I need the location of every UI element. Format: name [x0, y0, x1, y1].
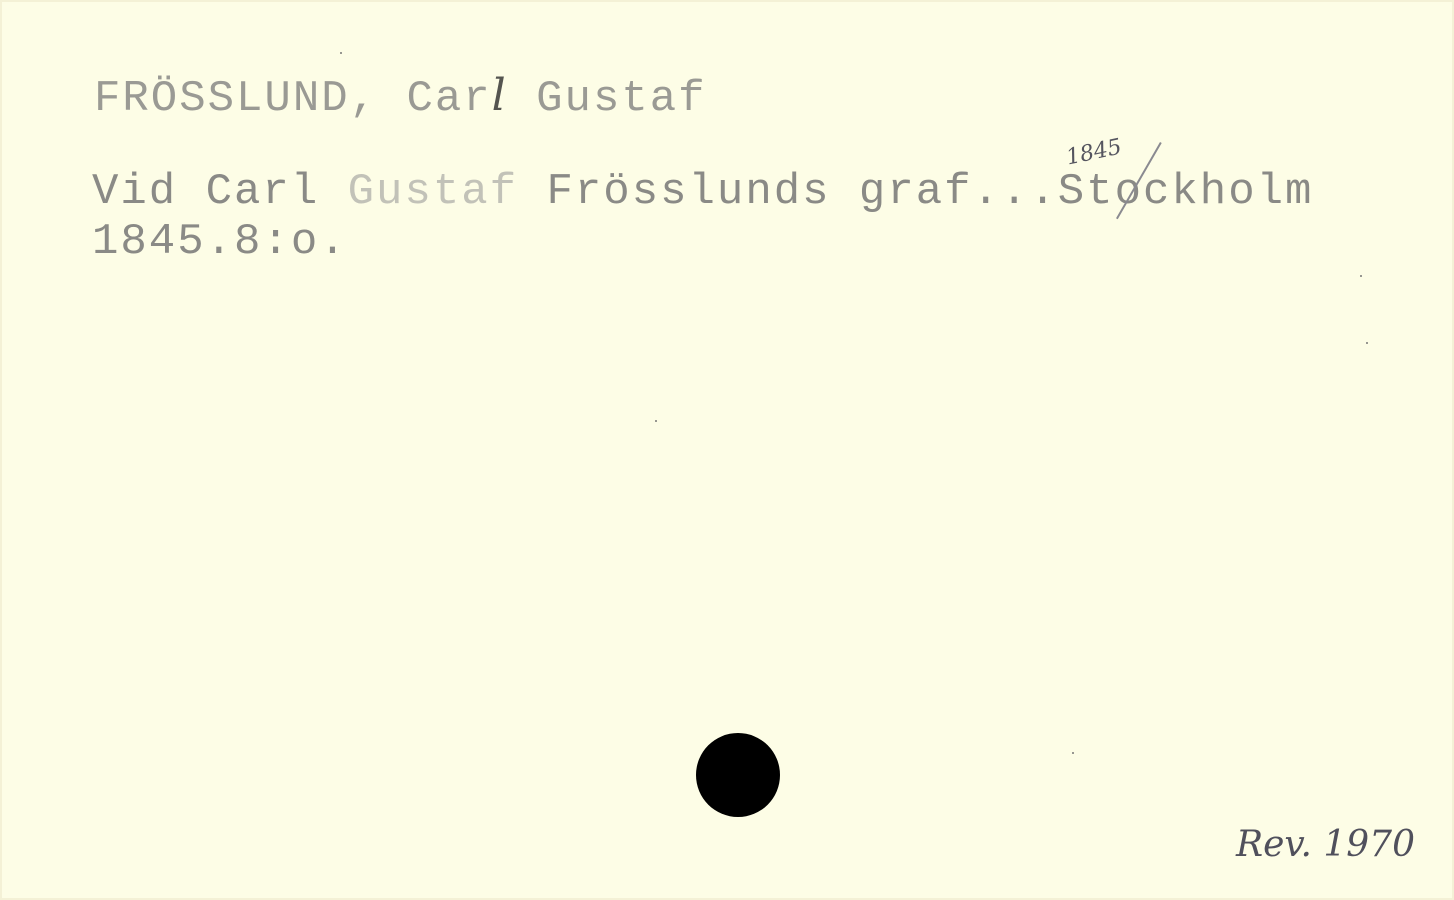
place-of-publication: Stockholm — [1058, 167, 1314, 217]
surname: FRÖSSLUND, — [94, 74, 378, 124]
punch-hole — [696, 733, 780, 817]
imprint-line: 1845.8:o. — [92, 217, 348, 267]
speck — [655, 420, 657, 422]
title-text-a: Vid Carl — [92, 167, 348, 217]
catalog-card: FRÖSSLUND, Carl Gustaf Vid Carl Gustaf F… — [0, 0, 1454, 900]
card-heading: FRÖSSLUND, Carl Gustaf — [94, 70, 707, 125]
speck — [1366, 342, 1368, 344]
revision-note: Rev. 1970 — [1236, 824, 1415, 865]
given-name-suffix: Gustaf — [508, 74, 707, 124]
speck — [340, 52, 342, 54]
title-text-b: Gustaf — [348, 167, 547, 217]
given-name-prefix: Car — [406, 74, 491, 124]
handwritten-year-note: 1845 — [1064, 134, 1124, 170]
speck — [1072, 752, 1074, 754]
speck — [1360, 275, 1362, 277]
handwritten-correction: l — [492, 70, 508, 121]
title-text-c: Frösslunds graf... — [546, 167, 1057, 217]
